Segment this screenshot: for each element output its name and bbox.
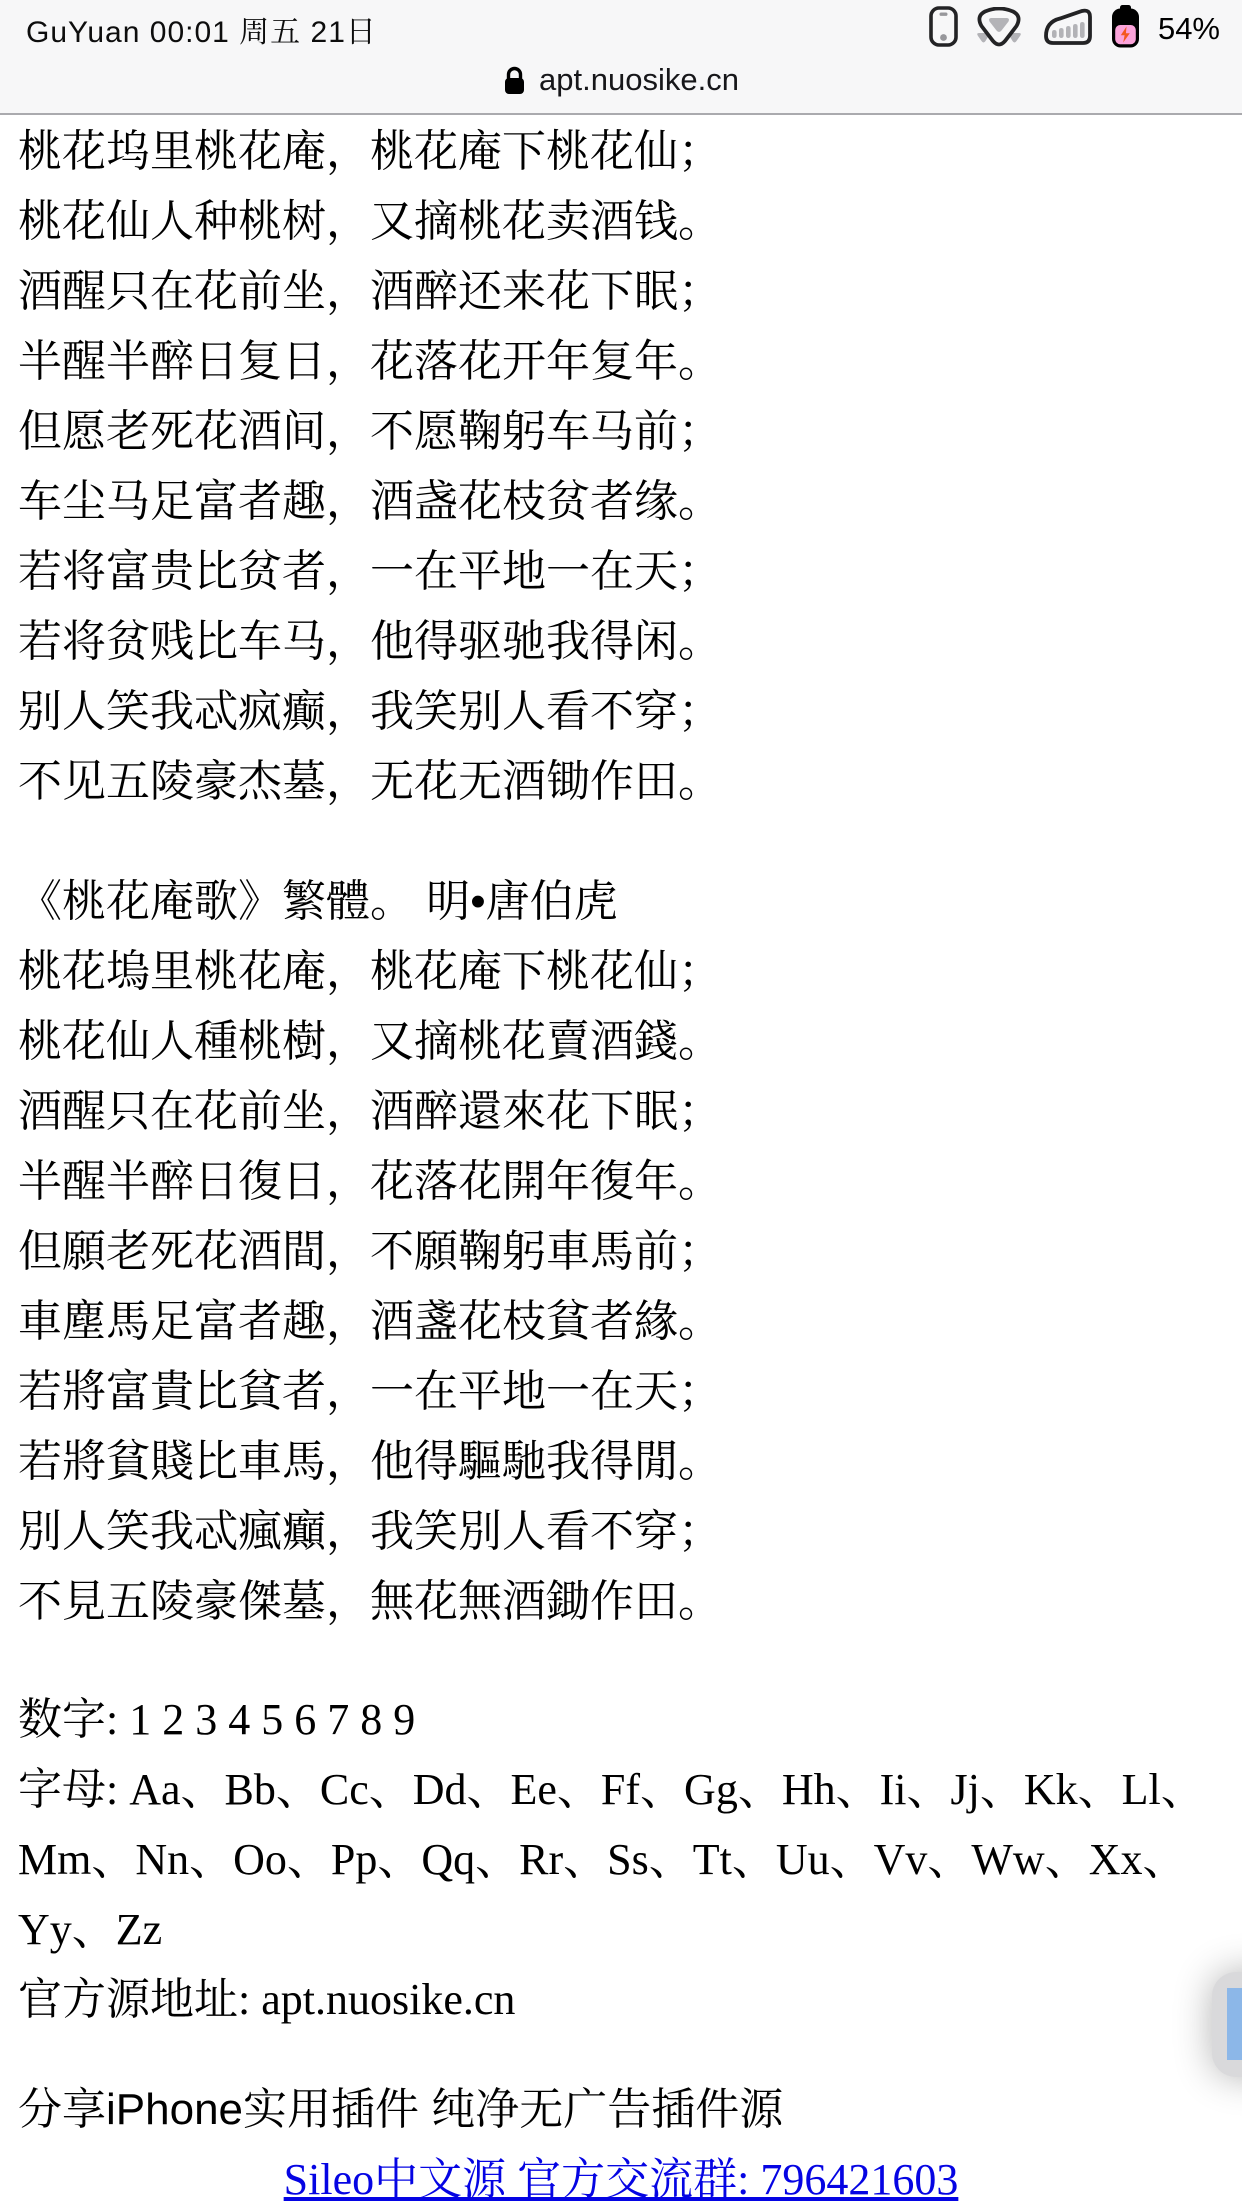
poem-line: 若將富貴比貧者，一在平地一在天； — [18, 1357, 1224, 1427]
sileo-group-link[interactable]: Sileo中文源 官方交流群: 796421603 — [284, 2155, 959, 2204]
poem-line: 桃花坞里桃花庵，桃花庵下桃花仙； — [18, 117, 1224, 187]
phone-icon — [929, 6, 958, 52]
numbers-line: 数字: 1 2 3 4 5 6 7 8 9 — [18, 1685, 1224, 1755]
status-carrier-time: GuYuan 00:01 周五 21日 — [26, 7, 377, 51]
battery-percent-label: 54% — [1158, 11, 1220, 47]
poem-line: 酒醒只在花前坐，酒醉還來花下眠； — [18, 1077, 1224, 1147]
page-content: 桃花坞里桃花庵，桃花庵下桃花仙； 桃花仙人种桃树，又摘桃花卖酒钱。 酒醒只在花前… — [0, 117, 1242, 2208]
group-link-line: Sileo中文源 官方交流群: 796421603 — [18, 2145, 1224, 2208]
poem-line: 不見五陵豪傑墓，無花無酒鋤作田。 — [18, 1567, 1224, 1637]
floating-widget-accent — [1227, 1988, 1242, 2060]
poem-traditional-title: 《桃花庵歌》繁體。 明•唐伯虎 — [18, 867, 1224, 937]
floating-assistive-widget[interactable] — [1212, 1972, 1242, 2077]
poem-traditional: 《桃花庵歌》繁體。 明•唐伯虎 桃花塢里桃花庵，桃花庵下桃花仙； 桃花仙人種桃樹… — [18, 867, 1224, 1637]
poem-line: 桃花塢里桃花庵，桃花庵下桃花仙； — [18, 937, 1224, 1007]
poem-line: 不见五陵豪杰墓，无花无酒锄作田。 — [18, 747, 1224, 817]
lock-icon — [503, 65, 526, 96]
share-line: 分享iPhone实用插件 纯净无广告插件源 — [18, 2075, 1224, 2145]
status-icons: 54% — [929, 5, 1220, 53]
poem-line: 別人笑我忒瘋癲，我笑別人看不穿； — [18, 1497, 1224, 1567]
battery-charging-icon — [1112, 5, 1139, 53]
iphone-screen: GuYuan 00:01 周五 21日 — [0, 0, 1242, 2208]
poem-line: 桃花仙人种桃树，又摘桃花卖酒钱。 — [18, 187, 1224, 257]
letters-line: Mm、Nn、Oo、Pp、Qq、Rr、Ss、Tt、Uu、Vv、Ww、Xx、 — [18, 1825, 1224, 1895]
letters-line: Yy、Zz — [18, 1895, 1224, 1965]
poem-line: 但愿老死花酒间，不愿鞠躬车马前； — [18, 397, 1224, 467]
poem-line: 若将富贵比贫者，一在平地一在天； — [18, 537, 1224, 607]
source-address-line: 官方源地址: apt.nuosike.cn — [18, 1965, 1224, 2035]
letters-line: 字母: Aa、Bb、Cc、Dd、Ee、Ff、Gg、Hh、Ii、Jj、Kk、Ll、 — [18, 1755, 1224, 1825]
poem-line: 車塵馬足富者趣，酒盞花枝貧者緣。 — [18, 1287, 1224, 1357]
poem-line: 车尘马足富者趣，酒盏花枝贫者缘。 — [18, 467, 1224, 537]
cellular-signal-icon — [1040, 7, 1095, 52]
poem-line: 别人笑我忒疯癫，我笑别人看不穿； — [18, 677, 1224, 747]
url-text: apt.nuosike.cn — [539, 62, 739, 98]
poem-line: 桃花仙人種桃樹，又摘桃花賣酒錢。 — [18, 1007, 1224, 1077]
poem-simplified: 桃花坞里桃花庵，桃花庵下桃花仙； 桃花仙人种桃树，又摘桃花卖酒钱。 酒醒只在花前… — [18, 117, 1224, 817]
url-bar[interactable]: apt.nuosike.cn — [0, 52, 1242, 108]
sample-info: 数字: 1 2 3 4 5 6 7 8 9 字母: Aa、Bb、Cc、Dd、Ee… — [18, 1685, 1224, 2035]
poem-line: 但願老死花酒間，不願鞠躬車馬前； — [18, 1217, 1224, 1287]
status-bar: GuYuan 00:01 周五 21日 — [0, 0, 1242, 48]
poem-line: 若將貧賤比車馬，他得驅馳我得閒。 — [18, 1427, 1224, 1497]
footer: 分享iPhone实用插件 纯净无广告插件源 Sileo中文源 官方交流群: 79… — [18, 2075, 1224, 2208]
poem-line: 酒醒只在花前坐，酒醉还来花下眠； — [18, 257, 1224, 327]
vpn-shield-icon — [975, 7, 1023, 52]
poem-line: 半醒半醉日复日，花落花开年复年。 — [18, 327, 1224, 397]
safari-top-chrome: GuYuan 00:01 周五 21日 — [0, 0, 1242, 115]
poem-line: 若将贫贱比车马，他得驱驰我得闲。 — [18, 607, 1224, 677]
poem-line: 半醒半醉日復日，花落花開年復年。 — [18, 1147, 1224, 1217]
